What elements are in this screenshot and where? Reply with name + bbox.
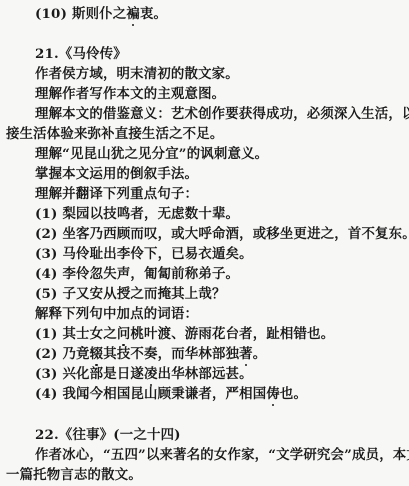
translate-item: (4) 李伶忽失声，匍匐前称弟子。	[35, 266, 239, 282]
objective-2-line2: 接生活体验来弥补直接生活之不足。	[6, 126, 223, 142]
section-22-intro-line2: 一篇托物言志的散文。	[6, 467, 142, 483]
objective-1: 理解作者写作本文的主观意图。	[35, 86, 225, 102]
explain-heading: 解释下列句中加点的词语：	[35, 306, 198, 322]
explain-item: (2) 乃竟辍其技不奏，而华林部独著。	[35, 346, 266, 362]
explain-item: (4) 我闻今相国昆山顾秉谦者，严相国俦也。	[35, 386, 307, 402]
translate-heading: 理解并翻译下列重点句子：	[35, 186, 198, 202]
section-21-author: 作者侯方域，明末清初的散文家。	[35, 66, 239, 82]
translate-item: (3) 马伶耻出李伶下，已易衣遁矣。	[35, 246, 253, 262]
translate-item: (1) 梨园以技鸣者，无虑数十辈。	[35, 206, 239, 222]
explain-item: (3) 兴化部是日遂凌出华林部远甚。	[35, 366, 253, 382]
section-22-title: 22.《往事》(一之十四)	[35, 427, 181, 443]
dotted-char: 褊	[126, 6, 140, 22]
objective-3: 理解“见昆山犹之见分宜”的讽刺意义。	[35, 146, 268, 162]
dotted-char: 俦	[266, 386, 280, 402]
objective-4: 掌握本文运用的倒叙手法。	[35, 166, 198, 182]
dotted-char: 凌	[144, 366, 158, 382]
translate-item: (5) 子又安从授之而掩其上哉？	[35, 286, 226, 302]
document-page: (10) 斯则仆之褊衷。 21.《马伶传》 作者侯方域，明末清初的散文家。 理解…	[0, 0, 409, 486]
translate-item: (2) 坐客乃西顾而叹，或大呼命酒，或移坐更进之，首不复东。	[35, 226, 409, 242]
section-21-title: 21.《马伶传》	[35, 46, 127, 62]
dotted-char: 问	[117, 326, 131, 342]
prev-item-10: (10) 斯则仆之褊衷。	[35, 6, 167, 22]
dotted-char: 著	[239, 346, 253, 362]
section-22-intro-line1: 作者冰心，“五四”以来著名的女作家，“文学研究会”成员，本文是	[35, 447, 409, 463]
objective-2-line1: 理解本文的借鉴意义：艺术创作要获得成功，必须深入生活，以间	[35, 106, 409, 122]
dotted-char: 辍	[90, 346, 104, 362]
explain-item: (1) 其士女之问桃叶渡、游雨花台者，趾相错也。	[35, 326, 334, 342]
